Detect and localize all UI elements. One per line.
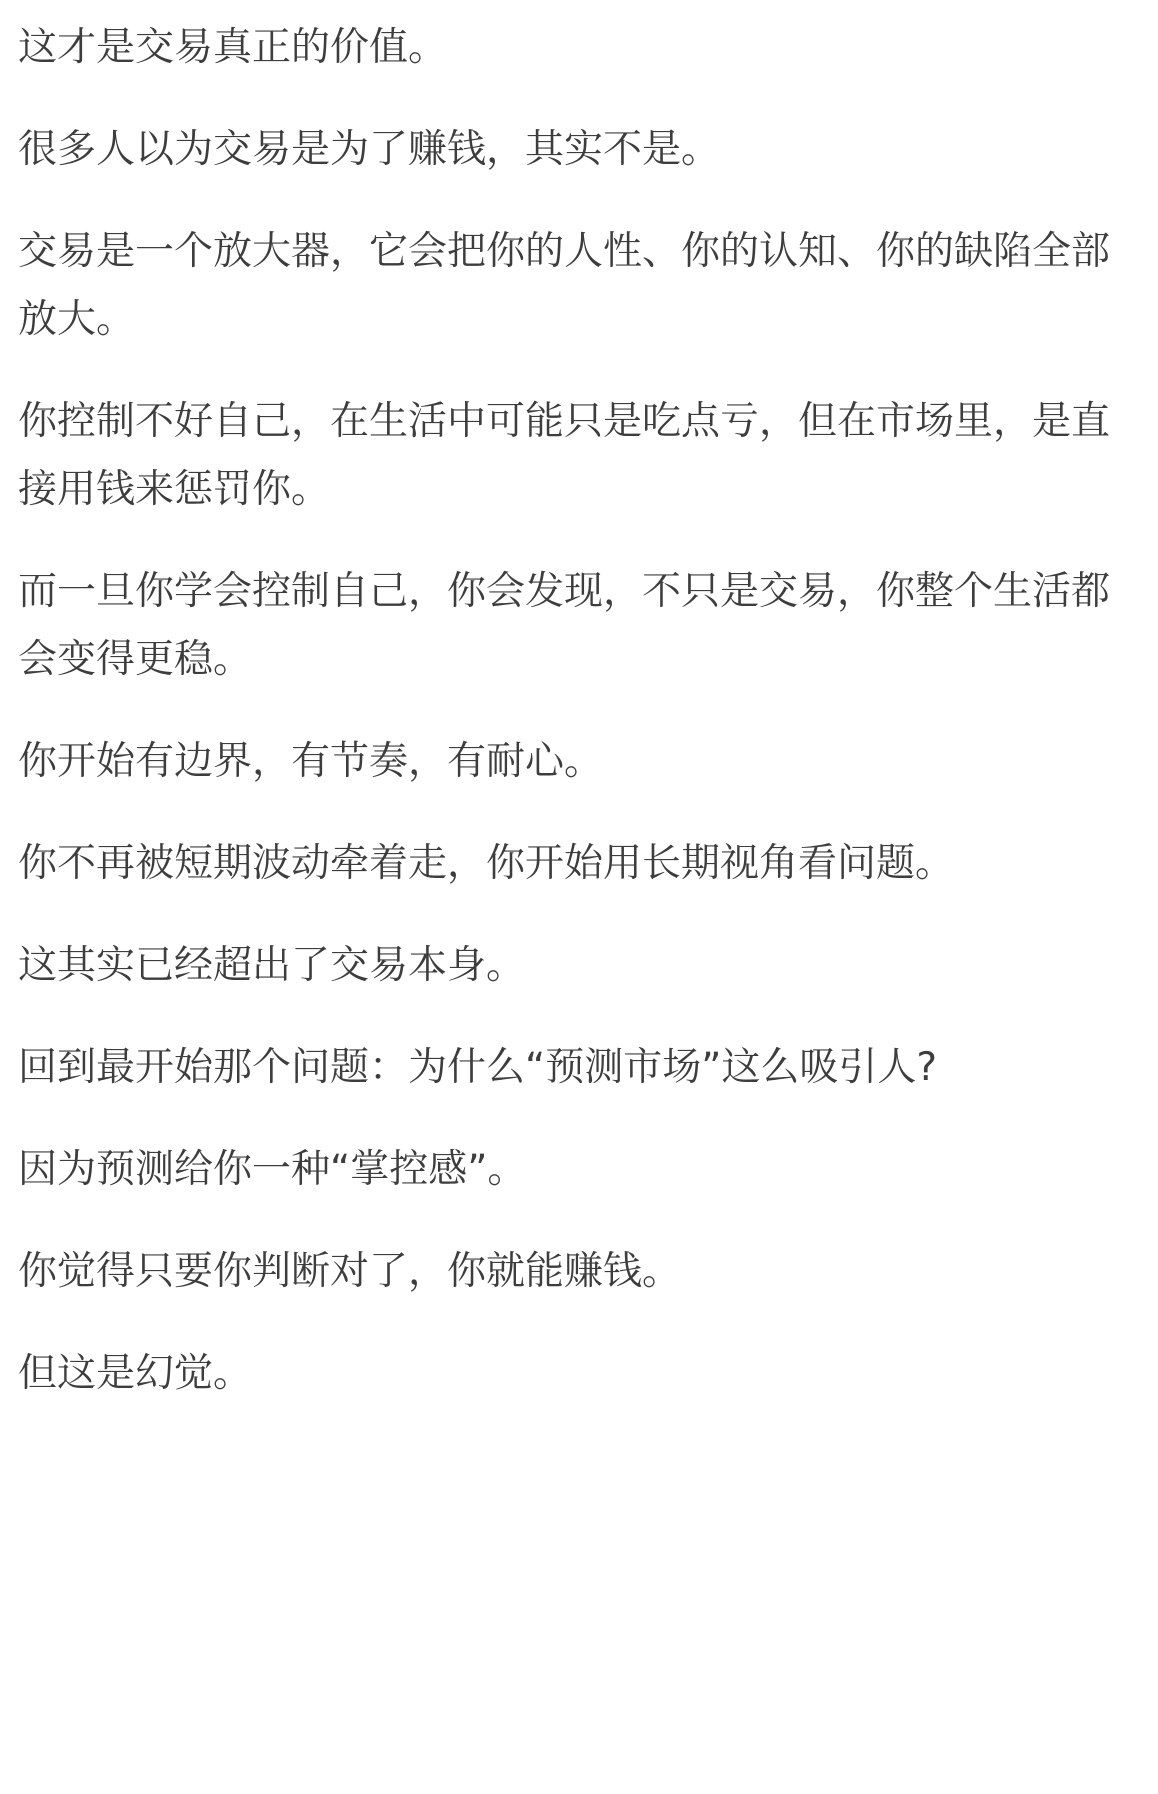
paragraph: 这才是交易真正的价值。 xyxy=(18,14,1128,82)
paragraph: 很多人以为交易是为了赚钱，其实不是。 xyxy=(18,116,1128,184)
paragraph: 你开始有边界，有节奏，有耐心。 xyxy=(18,728,1128,796)
paragraph: 你觉得只要你判断对了，你就能赚钱。 xyxy=(18,1238,1128,1306)
paragraph: 这其实已经超出了交易本身。 xyxy=(18,932,1128,1000)
paragraph: 交易是一个放大器，它会把你的人性、你的认知、你的缺陷全部放大。 xyxy=(18,218,1128,354)
paragraph: 但这是幻觉。 xyxy=(18,1340,1128,1408)
paragraph: 你控制不好自己，在生活中可能只是吃点亏，但在市场里，是直接用钱来惩罚你。 xyxy=(18,388,1128,524)
paragraph: 因为预测给你一种“掌控感”。 xyxy=(18,1136,1128,1204)
paragraph: 而一旦你学会控制自己，你会发现，不只是交易，你整个生活都会变得更稳。 xyxy=(18,558,1128,694)
paragraph: 回到最开始那个问题：为什么“预测市场”这么吸引人? xyxy=(18,1034,1128,1102)
paragraph: 你不再被短期波动牵着走，你开始用长期视角看问题。 xyxy=(18,830,1128,898)
article-body: 这才是交易真正的价值。 很多人以为交易是为了赚钱，其实不是。 交易是一个放大器，… xyxy=(18,14,1128,1442)
